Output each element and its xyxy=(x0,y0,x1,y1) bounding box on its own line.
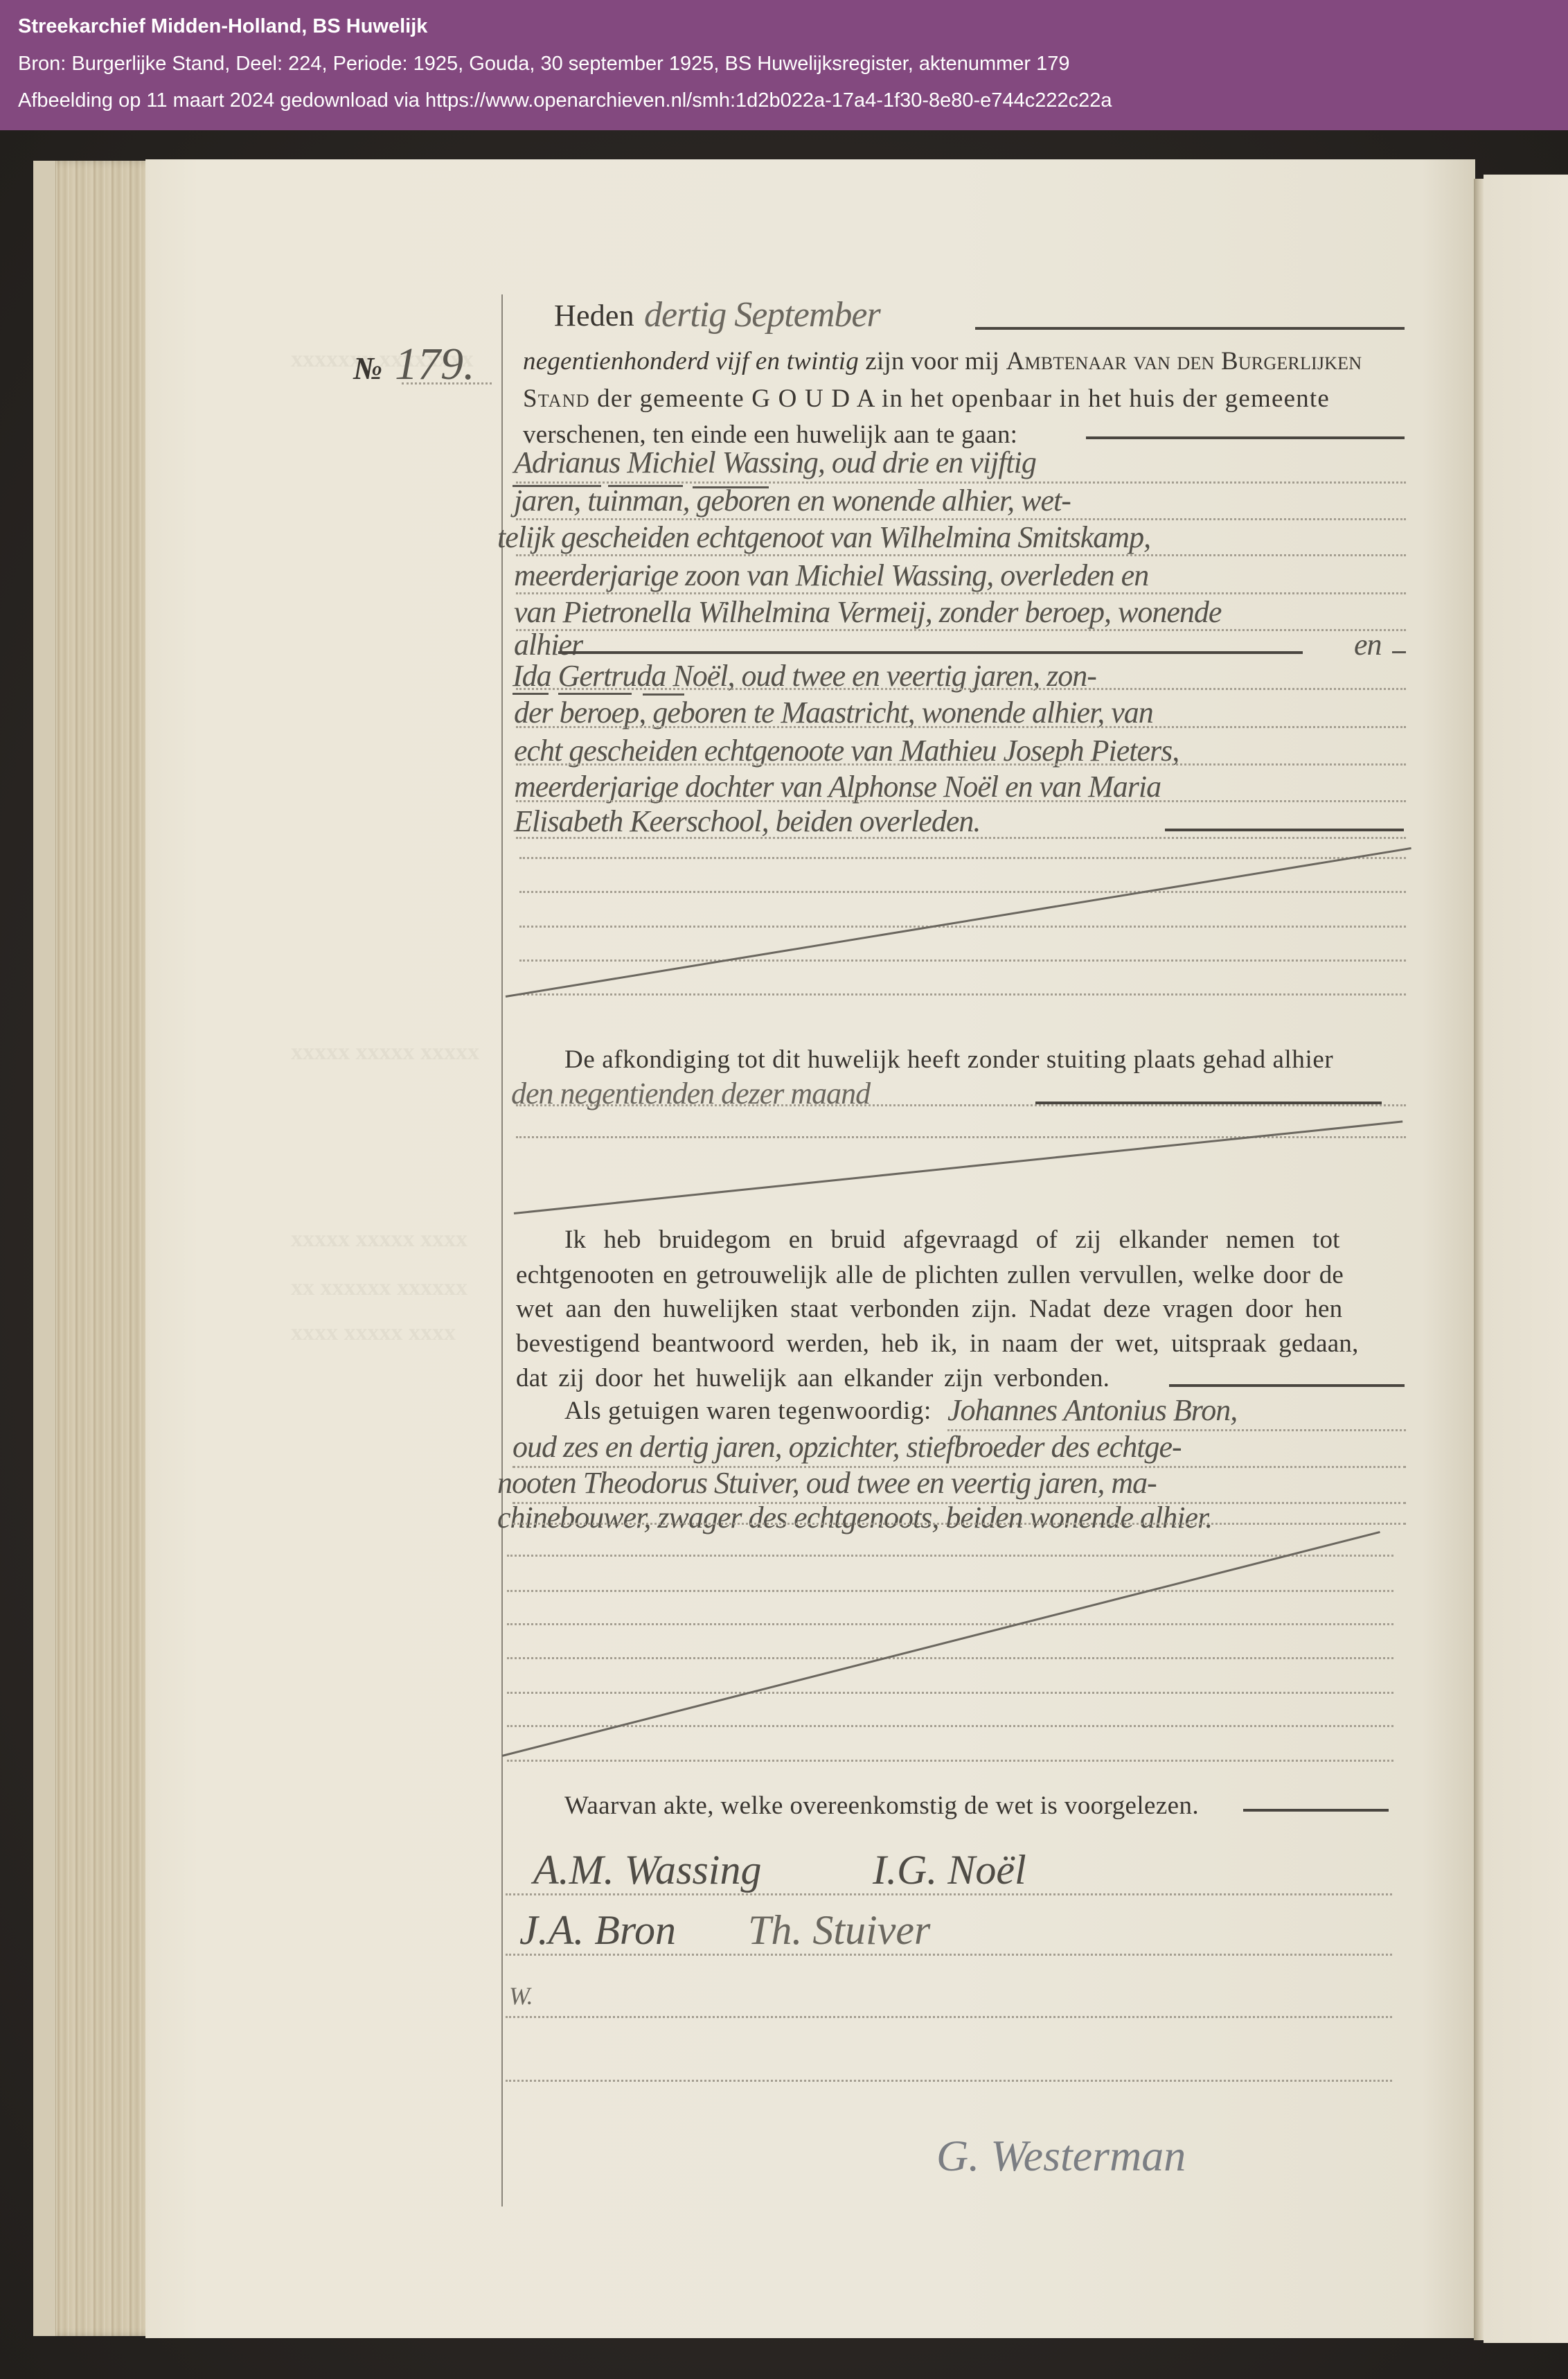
dotted-line xyxy=(507,1623,1393,1625)
signature-groom: A.M. Wassing xyxy=(533,1846,761,1894)
groom-line: jaren, tuinman, geboren en wonende alhie… xyxy=(514,483,1071,518)
witness-line: chinebouwer, zwager des echtgenoots, bei… xyxy=(497,1500,1212,1535)
record-number-label: № xyxy=(353,350,382,387)
bride-line: der beroep, geboren te Maastricht, wonen… xyxy=(514,695,1153,730)
closing-text: Waarvan akte, welke overeenkomstig de we… xyxy=(564,1791,1199,1821)
ceremony-line: wet aan den huwelijken staat verbonden z… xyxy=(516,1294,1342,1324)
witnesses-label: Als getuigen waren tegenwoordig: xyxy=(564,1396,932,1426)
dotted-line xyxy=(507,1555,1393,1557)
book-page-edges xyxy=(33,161,147,2336)
groom-line: telijk gescheiden echtgenoot van Wilhelm… xyxy=(497,520,1150,555)
dotted-line xyxy=(516,554,1406,556)
source-citation: Bron: Burgerlijke Stand, Deel: 224, Peri… xyxy=(18,53,1070,76)
intro-line-2: negentienhonderd vijf en twintig zijn vo… xyxy=(523,346,1362,376)
signature-witness-1: J.A. Bron xyxy=(519,1907,676,1954)
proclamation-text: De afkondiging tot dit huwelijk heeft zo… xyxy=(564,1045,1333,1074)
fill-line xyxy=(1035,1102,1382,1104)
dotted-line xyxy=(506,2080,1392,2082)
bleed-through-text: xxxx xxxxx xxxx xyxy=(291,1320,456,1346)
dotted-line xyxy=(506,2016,1392,2018)
dotted-line xyxy=(402,382,492,384)
dotted-line xyxy=(519,926,1406,928)
intro-line-3-text: der gemeente G O U D A in het openbaar i… xyxy=(597,384,1330,413)
fill-line xyxy=(975,327,1405,330)
date-handwritten: dertig September xyxy=(644,294,880,335)
bride-line: meerderjarige dochter van Alphonse Noël … xyxy=(514,769,1161,804)
dotted-line xyxy=(516,837,1406,839)
dotted-line xyxy=(507,1692,1393,1694)
bleed-through-text: xxxxx xxxxx xxxx xyxy=(291,1226,467,1253)
dotted-line xyxy=(513,1523,1406,1525)
dotted-line xyxy=(519,891,1406,893)
signature-bride: I.G. Noël xyxy=(873,1846,1026,1894)
bleed-through-text: xx xxxxxx xxxxxx xyxy=(291,1275,467,1301)
fill-line xyxy=(558,651,1303,654)
dotted-line xyxy=(507,1657,1393,1659)
fill-line xyxy=(1169,1384,1405,1387)
book-cover-edge xyxy=(33,161,56,2336)
groom-line: meerderjarige zoon van Michiel Wassing, … xyxy=(514,558,1148,593)
dotted-line xyxy=(506,1954,1392,1956)
dotted-line xyxy=(507,1590,1393,1592)
dotted-line xyxy=(516,726,1406,728)
bleed-through-text: xxxxx xxxxx xxxxx xyxy=(291,1039,479,1065)
groom-line: van Pietronella Wilhelmina Vermeij, zond… xyxy=(514,594,1221,630)
dotted-line xyxy=(516,1136,1406,1138)
official-title: Ambtenaar van den Burgerlijken xyxy=(1006,347,1362,375)
groom-line: Adrianus Michiel Wassing, oud drie en vi… xyxy=(514,445,1036,480)
ceremony-line: echtgenooten en getrouwelijk alle de pli… xyxy=(516,1260,1344,1290)
heden-label: Heden xyxy=(554,298,634,333)
dotted-line xyxy=(516,629,1406,631)
signature-witness-2: Th. Stuiver xyxy=(748,1907,930,1954)
en-word: en xyxy=(1354,627,1382,662)
witness-hand: Johannes Antonius Bron, xyxy=(947,1392,1237,1428)
facing-page xyxy=(1484,175,1568,2343)
dotted-line xyxy=(516,763,1406,766)
fill-line xyxy=(1243,1809,1389,1812)
fill-line xyxy=(1086,436,1405,439)
ceremony-line: dat zij door het huwelijk aan elkander z… xyxy=(516,1363,1110,1393)
dotted-line xyxy=(507,1760,1393,1762)
dotted-line xyxy=(519,857,1406,859)
dotted-line xyxy=(516,1104,1406,1106)
margin-rule xyxy=(501,294,503,2206)
dotted-line xyxy=(506,1893,1392,1895)
ceremony-line: bevestigend beantwoord werden, heb ik, i… xyxy=(516,1329,1359,1359)
dotted-line xyxy=(516,800,1406,802)
archive-header: Streekarchief Midden-Holland, BS Huwelij… xyxy=(0,0,1568,130)
dotted-line xyxy=(519,993,1406,996)
fill-line xyxy=(1165,829,1404,831)
signature-mark: W. xyxy=(509,1981,533,2010)
bride-line: Elisabeth Keerschool, beiden overleden. xyxy=(514,804,980,839)
intro-line-2-text: zijn voor mij xyxy=(865,347,999,375)
dotted-line xyxy=(507,1725,1393,1727)
fill-line xyxy=(1392,651,1406,653)
ceremony-line: Ik heb bruidegom en bruid afgevraagd of … xyxy=(564,1225,1340,1255)
book-gutter xyxy=(1474,179,1484,2340)
groom-line: alhier xyxy=(514,627,582,662)
witness-line: nooten Theodorus Stuiver, oud twee en ve… xyxy=(497,1465,1157,1501)
stand-word: Stand xyxy=(523,384,590,413)
signature-official: G. Westerman xyxy=(936,2130,1186,2182)
year-italic: negentienhonderd vijf en twintig xyxy=(523,347,859,375)
dotted-line xyxy=(516,688,1406,690)
download-note: Afbeelding op 11 maart 2024 gedownload v… xyxy=(18,89,1112,112)
witness-line: oud zes en dertig jaren, opzichter, stie… xyxy=(513,1429,1182,1465)
intro-line-3: Stand der gemeente G O U D A in het open… xyxy=(523,384,1330,414)
archive-title: Streekarchief Midden-Holland, BS Huwelij… xyxy=(18,15,427,38)
dotted-line xyxy=(519,959,1406,962)
